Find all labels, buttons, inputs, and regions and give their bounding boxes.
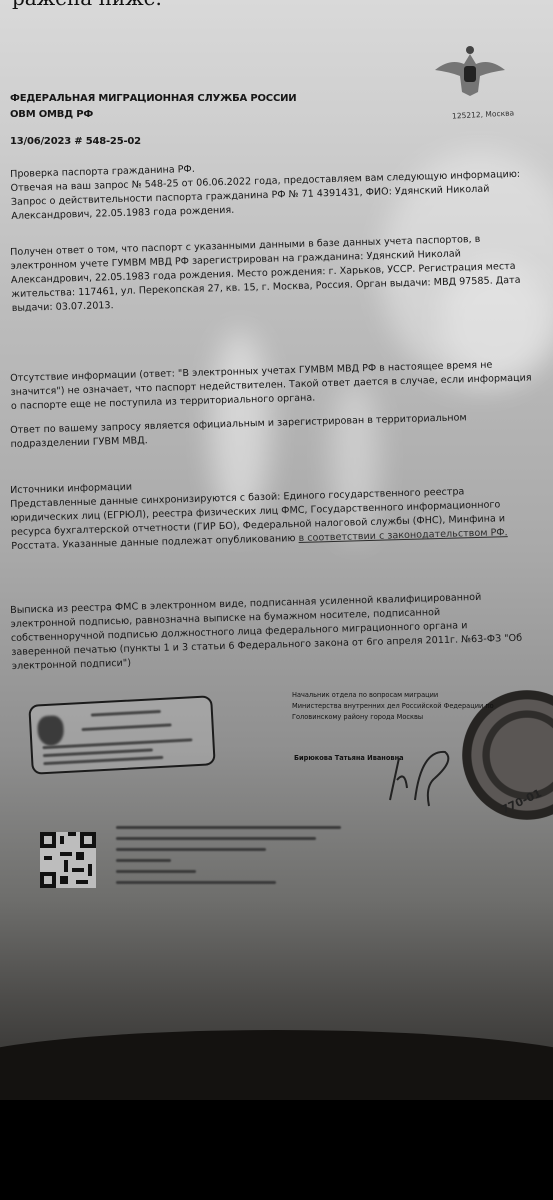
handwritten-signature-icon: [385, 740, 465, 810]
legislation-link[interactable]: в соответствии с законодательством РФ.: [298, 527, 507, 544]
coat-of-arms-icon: [37, 715, 65, 746]
paragraph-result: Получен ответ о том, что паспорт с указа…: [10, 232, 521, 316]
paragraph-extract: Выписка из реестра ФМС в электронном вид…: [10, 590, 523, 674]
sources-text: Представленные данные синхронизируются с…: [10, 486, 505, 552]
qr-code-icon: [40, 832, 96, 888]
paragraph-request: Проверка паспорта гражданина РФ. Отвечая…: [10, 154, 521, 224]
photo-shadow-edge: [0, 1030, 553, 1100]
signatory-position: Начальник отдела по вопросам миграции Ми…: [292, 690, 494, 723]
org-name: ФЕДЕРАЛЬНАЯ МИГРАЦИОННАЯ СЛУЖБА РОССИИ: [10, 92, 296, 106]
cropped-heading: ражена ниже.: [12, 0, 162, 10]
address-city: 125212, Москва: [452, 108, 515, 120]
paragraph-absence-note: Отсутствие информации (ответ: "В электро…: [10, 357, 532, 414]
e-signature-stamp: ДОКУМЕНТ ПОДПИСАН ЭЛЕКТРОННОЙ ПОДПИСЬЮ: [28, 695, 215, 775]
document-photo: ражена ниже. 125212, Москва ФЕДЕРАЛЬНАЯ …: [0, 0, 553, 1100]
reference-number: 13/06/2023 # 548-25-02: [10, 135, 141, 149]
paragraph-official: Ответ по вашему запросу является официал…: [10, 411, 467, 452]
double-headed-eagle-emblem-icon: [430, 40, 510, 100]
footer-contact-text: [116, 826, 346, 892]
department: ОВМ ОМВД РФ: [10, 108, 93, 122]
